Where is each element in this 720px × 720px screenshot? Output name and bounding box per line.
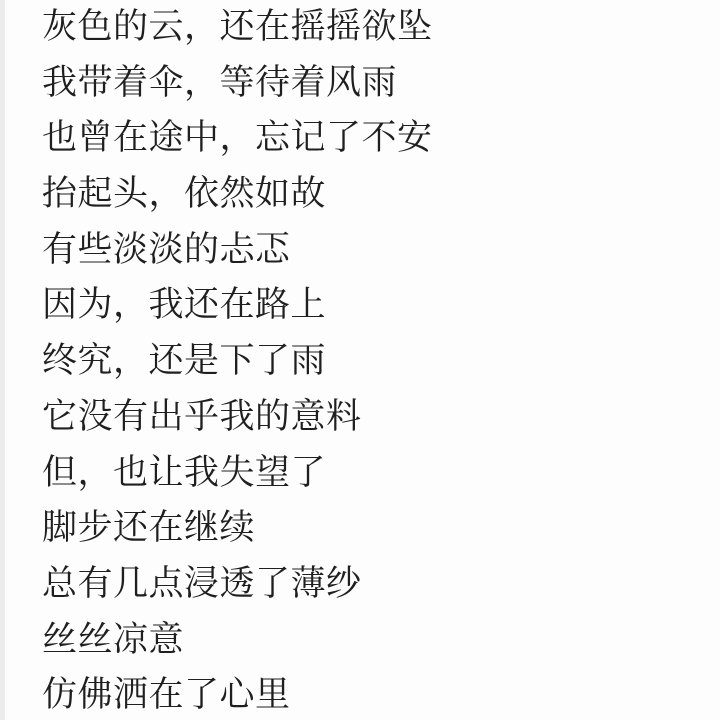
left-edge-strip [0, 0, 5, 720]
poem-line: 总有几点浸透了薄纱 [42, 557, 700, 613]
poem-page: 灰色的云，还在摇摇欲坠 我带着伞，等待着风雨 也曾在途中，忘记了不安 抬起头，依… [0, 0, 720, 720]
poem-line: 因为，我还在路上 [42, 278, 700, 334]
poem-line: 仿佛洒在了心里 [42, 668, 700, 720]
poem-line: 抬起头，依然如故 [42, 167, 700, 223]
poem-line: 它没有出乎我的意料 [42, 390, 700, 446]
poem-line: 我带着伞，等待着风雨 [42, 56, 700, 112]
poem-line: 但，也让我失望了 [42, 446, 700, 502]
poem-line: 终究，还是下了雨 [42, 334, 700, 390]
poem-line: 丝丝凉意 [42, 613, 700, 669]
poem-line: 有些淡淡的忐忑 [42, 223, 700, 279]
poem-line: 脚步还在继续 [42, 501, 700, 557]
poem-line: 也曾在途中，忘记了不安 [42, 111, 700, 167]
poem-line: 灰色的云，还在摇摇欲坠 [42, 0, 700, 56]
poem-text-block: 灰色的云，还在摇摇欲坠 我带着伞，等待着风雨 也曾在途中，忘记了不安 抬起头，依… [42, 0, 700, 720]
